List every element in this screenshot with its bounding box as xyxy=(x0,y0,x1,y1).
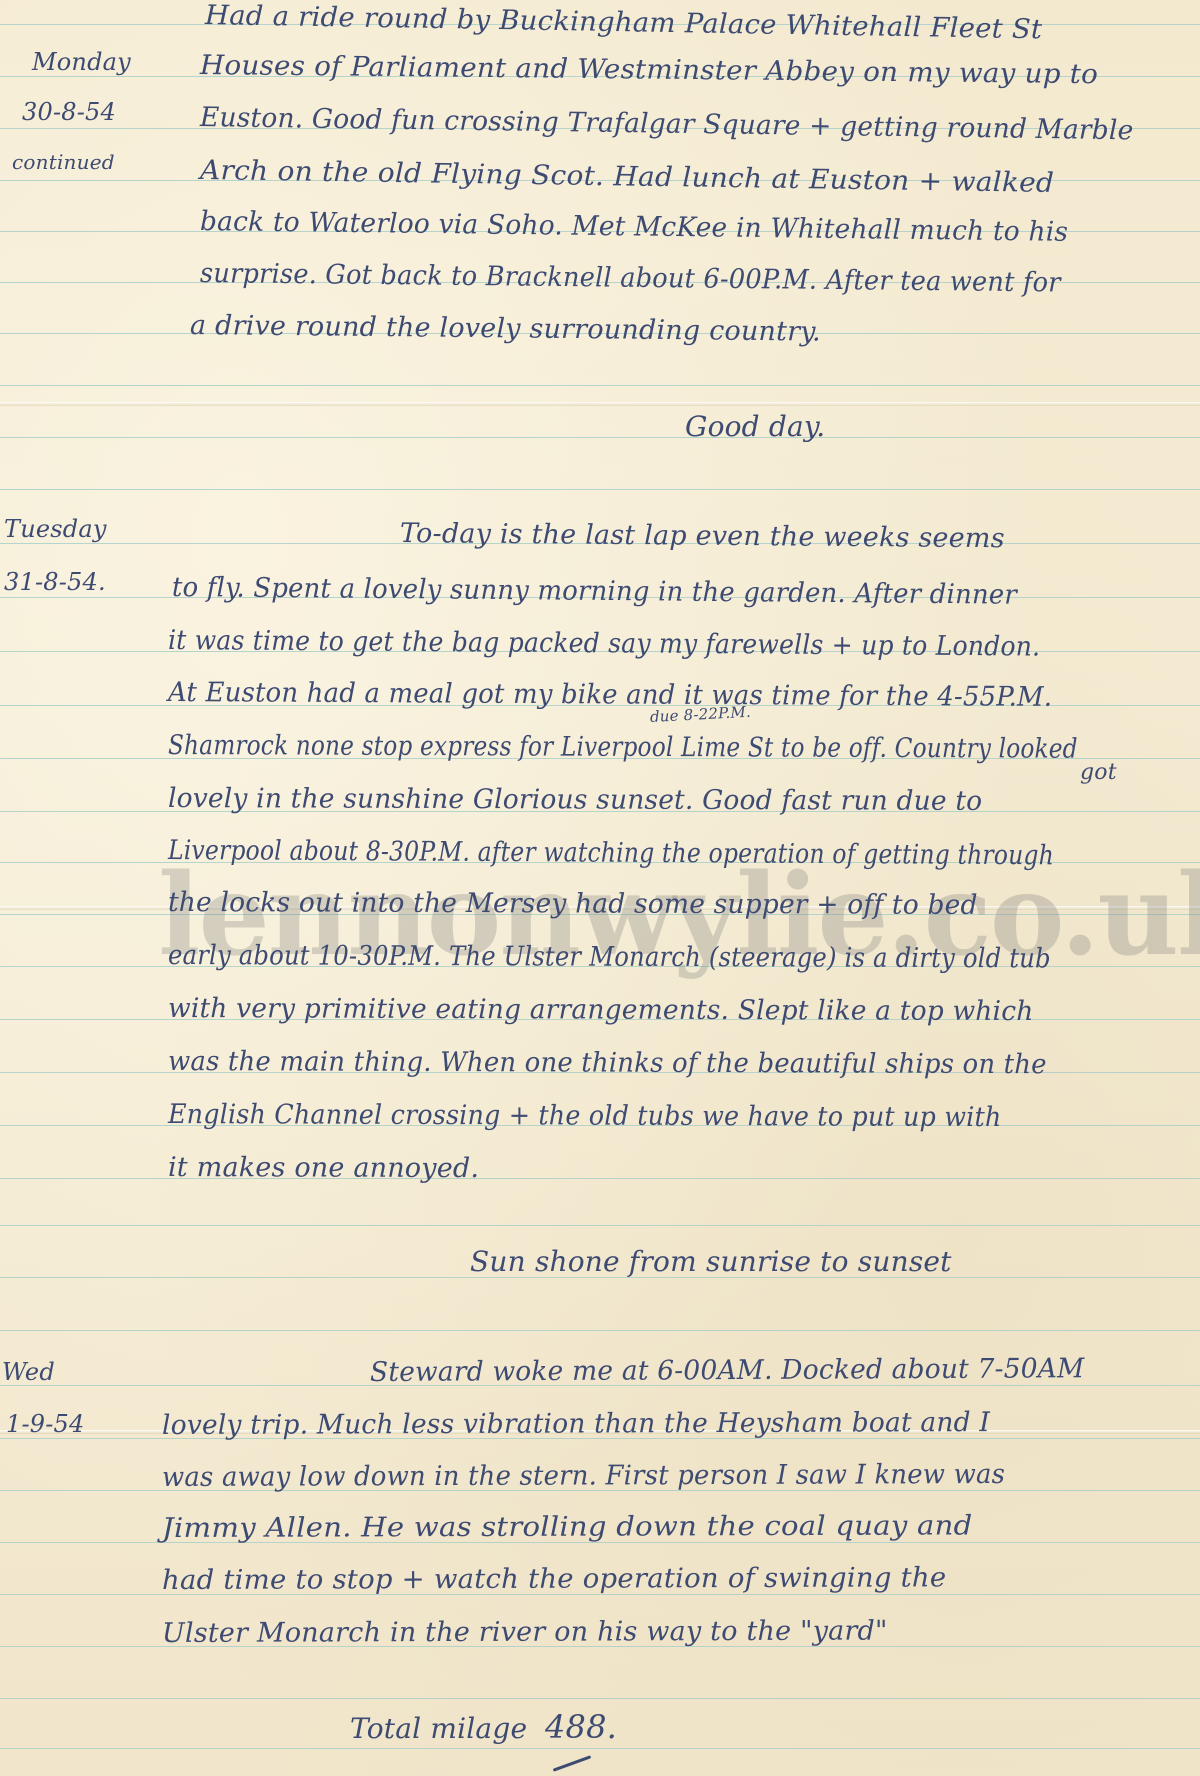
entry-day: Wed xyxy=(2,1358,55,1386)
entry-line: To-day is the last lap even the weeks se… xyxy=(400,518,1005,554)
entry-line: lovely in the sunshine Glorious sunset. … xyxy=(168,783,982,817)
entry-line: Arch on the old Flying Scot. Had lunch a… xyxy=(200,155,1055,199)
entry-line: to fly. Spent a lovely sunny morning in … xyxy=(172,572,1017,611)
entry-date: 30-8-54 xyxy=(22,98,116,126)
entry-summary: Good day. xyxy=(685,410,825,443)
entry-line: Jimmy Allen. He was strolling down the c… xyxy=(162,1510,973,1544)
entry-day: Monday xyxy=(32,48,131,76)
entry-line: was the main thing. When one thinks of t… xyxy=(168,1046,1047,1080)
entry-line: surprise. Got back to Bracknell about 6-… xyxy=(200,258,1061,298)
entry-line: Euston. Good fun crossing Trafalgar Squa… xyxy=(200,102,1134,146)
entry-line: had time to stop + watch the operation o… xyxy=(162,1562,946,1596)
entry-day: Tuesday xyxy=(4,515,107,543)
entry-line: it makes one annoyed. xyxy=(168,1152,479,1184)
insert-got: got xyxy=(1080,760,1117,785)
total-label: Total milage xyxy=(350,1712,527,1745)
diary-page: lennonwylie.co.uk Monday 30-8-54 continu… xyxy=(0,0,1200,1776)
entry-line: Ulster Monarch in the river on his way t… xyxy=(162,1615,888,1649)
entry-line: Liverpool about 8-30P.M. after watching … xyxy=(168,835,1054,871)
entry-line: it was time to get the bag packed say my… xyxy=(168,625,1040,663)
entry-line: early about 10-30P.M. The Ulster Monarch… xyxy=(168,940,1051,974)
ruled-line xyxy=(0,385,1200,386)
total-value: 488. xyxy=(545,1708,617,1746)
entry-line: the locks out into the Mersey had some s… xyxy=(168,887,978,921)
insert-due-time: due 8-22P.M. xyxy=(650,703,752,726)
ruled-line xyxy=(0,1330,1200,1331)
ruled-line xyxy=(0,1698,1200,1699)
ruled-line xyxy=(0,437,1200,438)
entry-date: 1-9-54 xyxy=(6,1410,85,1438)
ruled-line xyxy=(0,489,1200,490)
entry-line: a drive round the lovely surrounding cou… xyxy=(190,310,821,348)
entry-line: English Channel crossing + the old tubs … xyxy=(168,1099,1002,1133)
entry-line: Had a ride round by Buckingham Palace Wh… xyxy=(205,0,1043,45)
ruled-line xyxy=(0,1225,1200,1226)
entry-line: back to Waterloo via Soho. Met McKee in … xyxy=(200,206,1069,248)
entry-line: Shamrock none stop express for Liverpool… xyxy=(168,730,1078,765)
entry-date: 31-8-54. xyxy=(4,568,106,596)
entry-line: was away low down in the stern. First pe… xyxy=(162,1459,1005,1493)
paper-fold xyxy=(0,402,1200,406)
entry-note: continued xyxy=(12,150,115,174)
entry-line: Steward woke me at 6-00AM. Docked about … xyxy=(370,1353,1085,1388)
entry-line: At Euston had a meal got my bike and it … xyxy=(168,677,1052,713)
entry-line: lovely trip. Much less vibration than th… xyxy=(162,1407,990,1441)
ruled-line xyxy=(0,1748,1200,1749)
underline-stroke xyxy=(553,1755,592,1772)
entry-line: with very primitive eating arrangements.… xyxy=(168,993,1034,1027)
entry-summary: Sun shone from sunrise to sunset xyxy=(470,1245,952,1278)
entry-line: Houses of Parliament and Westminster Abb… xyxy=(200,50,1098,90)
